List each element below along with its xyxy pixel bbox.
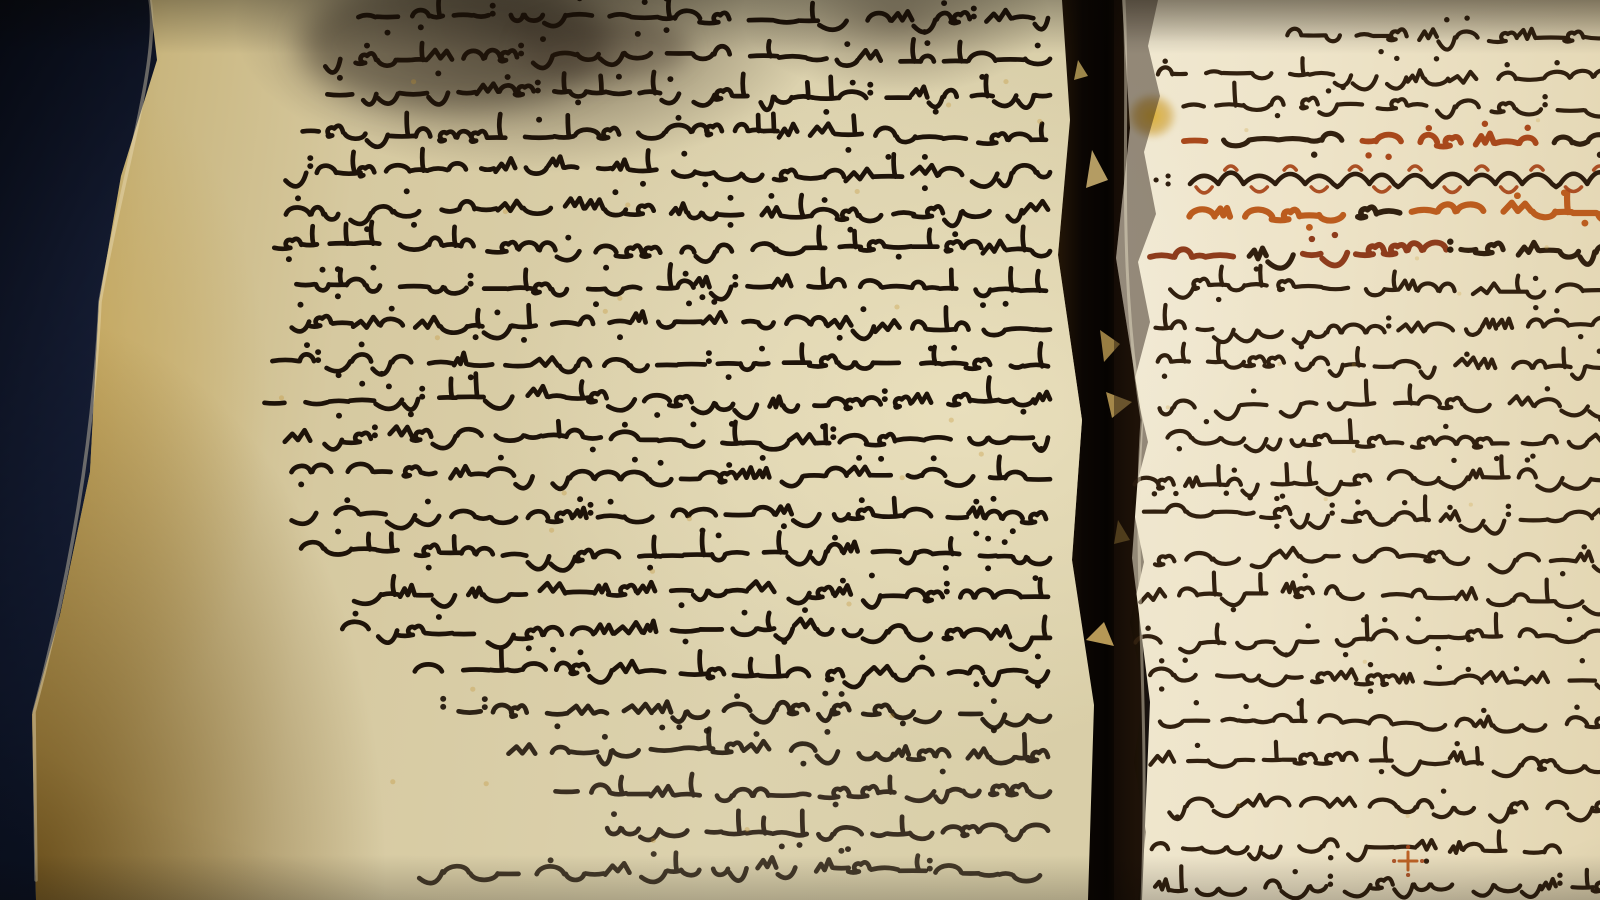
script-stroke [1358,207,1400,218]
script-stroke [551,851,930,869]
script-stroke [286,195,1048,226]
script-stroke [1158,343,1600,379]
script-stroke [1224,133,1600,145]
script-stroke [342,613,1050,650]
script-stroke [274,222,1050,262]
script-stroke [1156,176,1168,184]
script-stroke [325,39,1050,72]
script-stroke [296,264,1046,299]
script-stroke [1170,266,1600,298]
script-stroke [1155,548,1600,572]
script-stroke [419,853,1040,883]
script-stroke [556,774,1051,802]
script-stroke [1150,242,1446,265]
script-stroke [1086,622,1114,646]
script-stroke [1135,456,1600,495]
script-stroke [1156,305,1600,343]
script-stroke [1312,235,1335,239]
script-stroke [1287,14,1600,49]
script-stroke [1189,192,1600,220]
script-stroke [1074,60,1088,80]
script-stroke [1150,738,1600,776]
script-stroke [607,811,1048,840]
script-stroke [1158,58,1600,89]
script-stroke [1190,172,1600,187]
script-stroke [459,702,1050,728]
script-stroke [1144,496,1600,533]
script-stroke [286,149,1051,187]
script-stroke [1150,669,1600,690]
script-stroke [1207,872,1560,900]
script-stroke [1152,831,1560,860]
script-stroke [1140,573,1600,615]
script-stroke [34,0,152,880]
script-stroke [1168,120,1547,816]
script-stroke [1114,0,1160,900]
script-stroke [347,499,1013,534]
script-stroke [285,421,1048,450]
script-stroke [508,729,1048,764]
script-stroke [1399,852,1417,870]
script-stroke [292,457,1051,489]
script-stroke [539,118,849,150]
script-stroke [1160,381,1600,419]
script-stroke [1086,150,1108,188]
script-stroke [1155,866,1600,898]
script-stroke [265,374,1051,418]
script-stroke [327,72,1050,110]
script-stroke [415,650,1048,687]
manuscript-photo [0,0,1600,900]
script-stroke [301,458,934,485]
script-stroke [1160,700,1600,731]
script-stroke [1135,614,1600,655]
script-stroke [292,305,1050,339]
script-stroke [1196,703,1577,711]
script-stroke [303,113,1046,147]
script-stroke [1169,795,1600,822]
script-layer [0,0,1600,900]
script-stroke [1168,420,1600,451]
script-stroke [292,498,1046,528]
script-stroke [301,532,1050,570]
